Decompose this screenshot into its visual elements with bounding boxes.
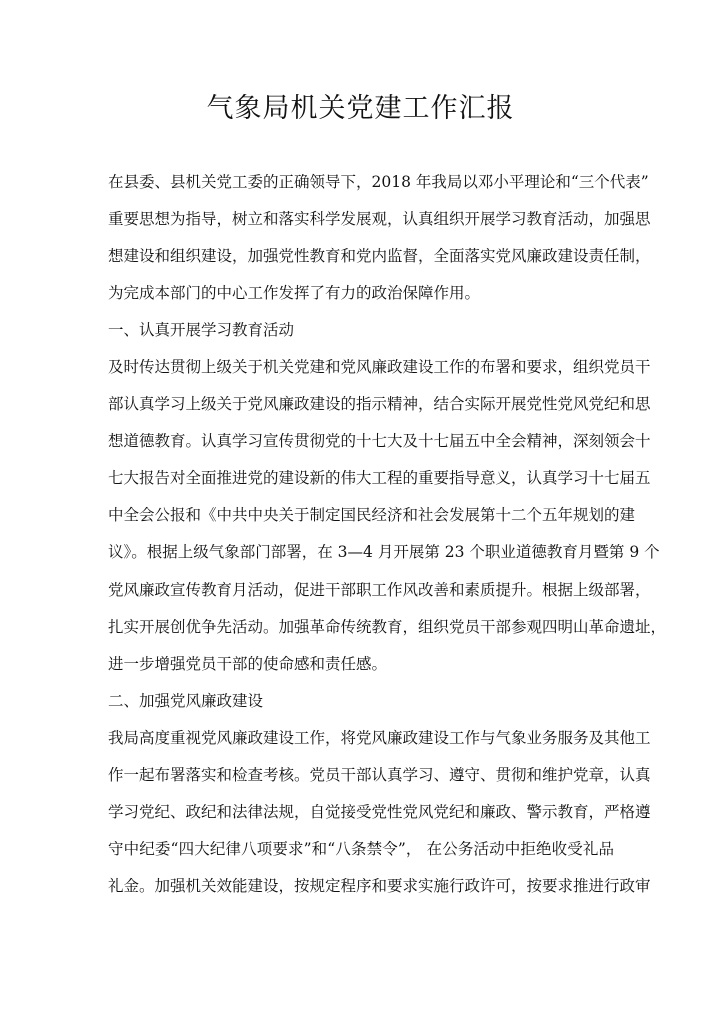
paragraph-line: 作一起布署落实和检查考核。党员干部认真学习、遵守、贯彻和维护党章，认真 <box>108 765 614 785</box>
paragraph-line: 为完成本部门的中心工作发挥了有力的政治保障作用。 <box>108 283 614 303</box>
paragraph-line: 党风廉政宣传教育月活动，促进干部职工作风改善和素质提升。根据上级部署， <box>108 580 614 600</box>
paragraph-line: 部认真学习上级关于党风廉政建设的指示精神，结合实际开展党性党风党纪和思 <box>108 394 614 414</box>
paragraph-line: 重要思想为指导，树立和落实科学发展观，认真组织开展学习教育活动，加强思 <box>108 209 614 229</box>
document-title: 气象局机关党建工作汇报 <box>0 86 721 125</box>
document-page: 气象局机关党建工作汇报 在县委、县机关党工委的正确领导下，2018 年我局以邓小… <box>0 0 721 1020</box>
paragraph-line: 扎实开展创优争先活动。加强革命传统教育，组织党员干部参观四明山革命遗址， <box>108 617 614 637</box>
paragraph-line: 议》。根据上级气象部门部署，在 3—4 月开展第 23 个职业道德教育月暨第 9… <box>108 542 614 562</box>
paragraph-line: 在县委、县机关党工委的正确领导下，2018 年我局以邓小平理论和“三个代表” <box>108 172 614 192</box>
paragraph-line: 中全会公报和《中共中央关于制定国民经济和社会发展第十二个五年规划的建 <box>108 505 614 525</box>
paragraph-line: 学习党纪、政纪和法律法规，自觉接受党性党风党纪和廉政、警示教育，严格遵 <box>108 802 614 822</box>
paragraph-line: 守中纪委“四大纪律八项要求”和“八条禁令”， 在公务活动中拒绝收受礼品 <box>108 839 614 859</box>
paragraph-line: 进一步增强党员干部的使命感和责任感。 <box>108 654 614 674</box>
paragraph-line: 七大报告对全面推进党的建设新的伟大工程的重要指导意义，认真学习十七届五 <box>108 468 614 488</box>
paragraph-line: 礼金。加强机关效能建设，按规定程序和要求实施行政许可，按要求推进行政审 <box>108 876 614 896</box>
paragraph-line: 想道德教育。认真学习宣传贯彻党的十七大及十七届五中全会精神，深刻领会十 <box>108 431 614 451</box>
paragraph-line: 及时传达贯彻上级关于机关党建和党风廉政建设工作的布署和要求，组织党员干 <box>108 357 614 377</box>
paragraph-line: 一、认真开展学习教育活动 <box>108 320 614 340</box>
paragraph-line: 我局高度重视党风廉政建设工作，将党风廉政建设工作与气象业务服务及其他工 <box>108 728 614 748</box>
paragraph-line: 想建设和组织建设，加强党性教育和党内监督，全面落实党风廉政建设责任制， <box>108 246 614 266</box>
paragraph-line: 二、加强党风廉政建设 <box>108 691 614 711</box>
